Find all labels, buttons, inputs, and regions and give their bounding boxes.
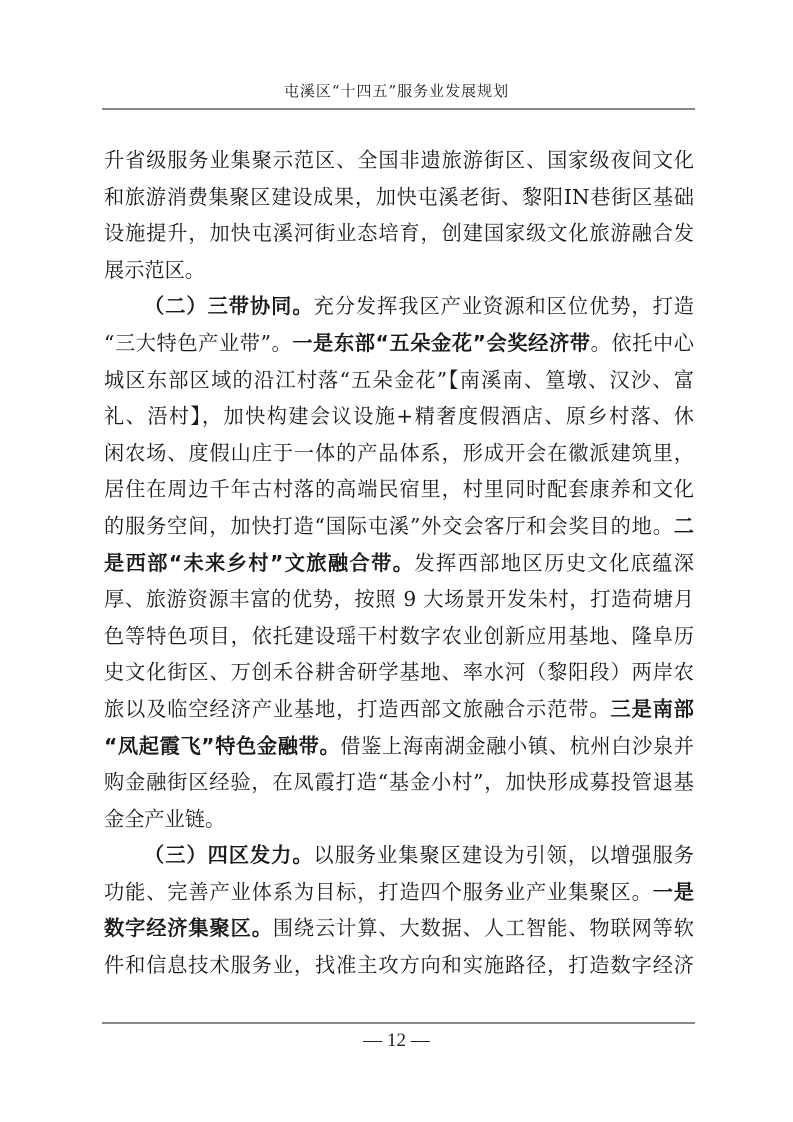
body-text-segment: 借鉴上海南湖金融小镇、杭州白沙泉并: [340, 734, 694, 758]
body-text-segment: 居住在周边千年古村落的高端民宿里，村里同时配套康养和文化: [104, 477, 694, 501]
body-text-segment: 充分发挥我区产业资源和区位优势，打造: [314, 294, 694, 318]
body-text-segment: 厚、旅游资源丰富的优势，按照 9 大场景开发朱村，打造荷塘月: [104, 587, 694, 611]
bold-heading-text: 数字经济集聚区。: [104, 916, 273, 940]
text-line: 设施提升，加快屯溪河街业态培育，创建国家级文化旅游融合发: [104, 215, 694, 252]
text-line: 金全产业链。: [104, 801, 694, 838]
text-line: 史文化街区、万创禾谷耕舍研学基地、率水河（黎阳段）两岸农: [104, 654, 694, 691]
text-line: “凤起霞飞”特色金融带。借鉴上海南湖金融小镇、杭州白沙泉并: [104, 728, 694, 765]
text-line: “三大特色产业带”。一是东部“五朵金花”会奖经济带。依托中心: [104, 325, 694, 362]
bold-heading-text: 一是: [653, 880, 694, 904]
text-line: 的服务空间，加快打造“国际屯溪”外交会客厅和会奖目的地。二: [104, 508, 694, 545]
body-text-segment: 围绕云计算、大数据、人工智能、物联网等软: [273, 916, 694, 940]
text-line: 厚、旅游资源丰富的优势，按照 9 大场景开发朱村，打造荷塘月: [104, 581, 694, 618]
body-text-segment: 史文化街区、万创禾谷耕舍研学基地、率水河（黎阳段）两岸农: [104, 660, 694, 684]
text-line: 闲农场、度假山庄于一体的产品体系，形成开会在徽派建筑里，: [104, 435, 694, 472]
bold-heading-text: （三）四区发力。: [144, 843, 314, 867]
bold-heading-text: 是西部“未来乡村”文旅融合带。: [104, 551, 414, 575]
body-text-segment: 色等特色项目，依托建设瑶干村数字农业创新应用基地、隆阜历: [104, 624, 694, 648]
text-line: （二）三带协同。充分发挥我区产业资源和区位优势，打造: [104, 288, 694, 325]
text-line: 功能、完善产业体系为目标，打造四个服务业产业集聚区。一是: [104, 874, 694, 911]
body-text-segment: 件和信息技术服务业，找准主攻方向和实施路径，打造数字经济: [104, 953, 694, 977]
footer-rule: [102, 1022, 695, 1024]
body-text-segment: 的服务空间，加快打造“国际屯溪”外交会客厅和会奖目的地。: [104, 514, 674, 538]
running-header-title: 屯溪区“十四五”服务业发展规划: [0, 80, 793, 101]
bold-heading-text: 三是南部: [610, 697, 694, 721]
body-text-segment: 闲农场、度假山庄于一体的产品体系，形成开会在徽派建筑里，: [104, 441, 694, 465]
bold-heading-text: 一是东部“五朵金花”会奖经济带: [292, 331, 590, 355]
text-line: 展示范区。: [104, 252, 694, 289]
body-text-segment: 发挥西部地区历史文化底蕴深: [414, 551, 694, 575]
body-text: 升省级服务业集聚示范区、全国非遗旅游街区、国家级夜间文化和旅游消费集聚区建设成果…: [104, 142, 694, 984]
text-line: （三）四区发力。以服务业集聚区建设为引领，以增强服务: [104, 837, 694, 874]
body-text-segment: 和旅游消费集聚区建设成果，加快屯溪老街、黎阳IN巷街区基础: [104, 185, 694, 209]
text-line: 礼、浯村】，加快构建会议设施+精奢度假酒店、原乡村落、休: [104, 398, 694, 435]
bold-heading-text: （二）三带协同。: [144, 294, 314, 318]
body-text-segment: 展示范区。: [104, 258, 205, 282]
text-line: 城区东部区域的沿江村落“五朵金花”【南溪南、篁墩、汉沙、富: [104, 362, 694, 399]
text-line: 居住在周边千年古村落的高端民宿里，村里同时配套康养和文化: [104, 471, 694, 508]
body-text-segment: “三大特色产业带”。: [104, 331, 292, 355]
body-text-segment: 设施提升，加快屯溪河街业态培育，创建国家级文化旅游融合发: [104, 221, 694, 245]
body-text-segment: 。依托中心: [591, 331, 694, 355]
body-text-segment: 功能、完善产业体系为目标，打造四个服务业产业集聚区。: [104, 880, 653, 904]
body-text-segment: 城区东部区域的沿江村落“五朵金花”【南溪南、篁墩、汉沙、富: [104, 368, 694, 392]
header-rule: [102, 108, 695, 110]
text-line: 数字经济集聚区。围绕云计算、大数据、人工智能、物联网等软: [104, 910, 694, 947]
text-line: 旅以及临空经济产业基地，打造西部文旅融合示范带。三是南部: [104, 691, 694, 728]
body-text-segment: 礼、浯村】，加快构建会议设施+精奢度假酒店、原乡村落、休: [104, 404, 694, 428]
text-line: 购金融街区经验，在凤霞打造“基金小村”，加快形成募投管退基: [104, 764, 694, 801]
body-text-segment: 以服务业集聚区建设为引领，以增强服务: [314, 843, 694, 867]
page-number: — 12 —: [0, 1030, 793, 1052]
text-line: 和旅游消费集聚区建设成果，加快屯溪老街、黎阳IN巷街区基础: [104, 179, 694, 216]
bold-heading-text: 二: [674, 514, 694, 538]
body-text-segment: 购金融街区经验，在凤霞打造“基金小村”，加快形成募投管退基: [104, 770, 694, 794]
text-line: 升省级服务业集聚示范区、全国非遗旅游街区、国家级夜间文化: [104, 142, 694, 179]
text-line: 色等特色项目，依托建设瑶干村数字农业创新应用基地、隆阜历: [104, 618, 694, 655]
bold-heading-text: “凤起霞飞”特色金融带。: [104, 734, 340, 758]
text-line: 件和信息技术服务业，找准主攻方向和实施路径，打造数字经济: [104, 947, 694, 984]
body-text-segment: 金全产业链。: [104, 807, 225, 831]
body-text-segment: 旅以及临空经济产业基地，打造西部文旅融合示范带。: [104, 697, 610, 721]
body-text-segment: 升省级服务业集聚示范区、全国非遗旅游街区、国家级夜间文化: [104, 148, 694, 172]
text-line: 是西部“未来乡村”文旅融合带。发挥西部地区历史文化底蕴深: [104, 545, 694, 582]
